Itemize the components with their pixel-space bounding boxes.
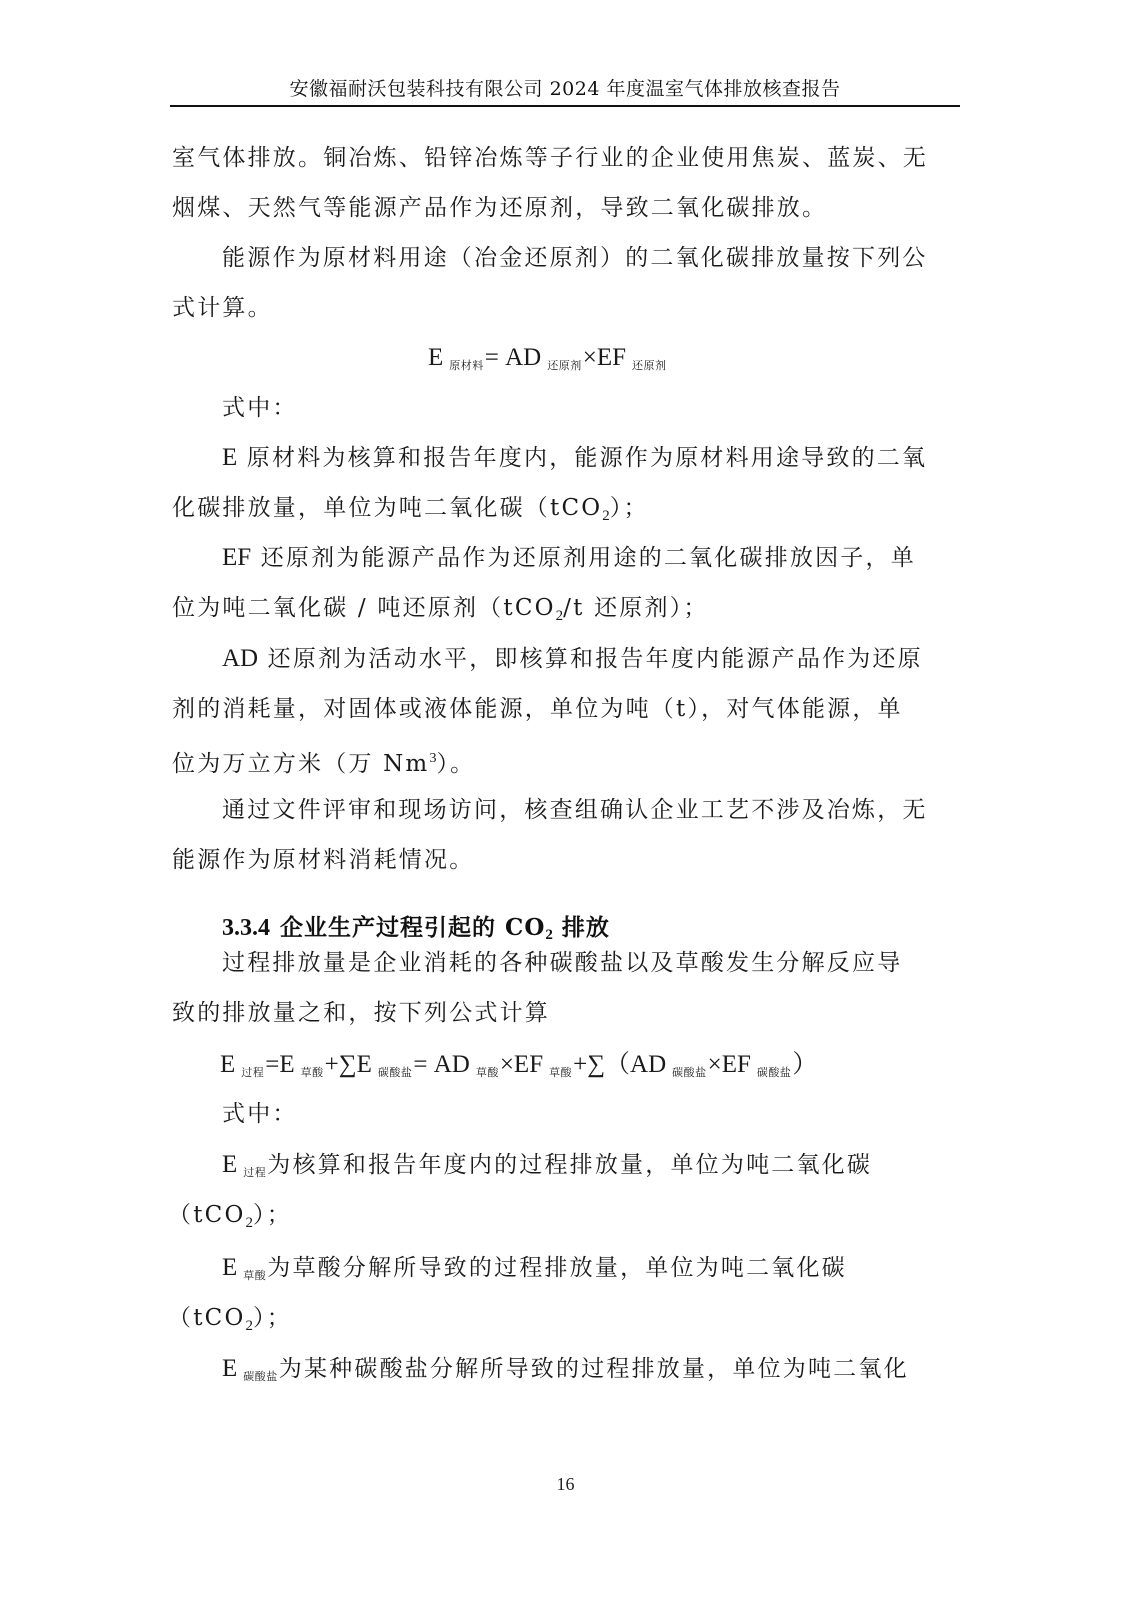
paragraph-line: 能源作为原材料消耗情况。 xyxy=(172,845,962,875)
paragraph-line: 能源作为原材料用途（冶金还原剂）的二氧化碳排放量按下列公 xyxy=(222,243,962,273)
formula-term: ×EF xyxy=(583,344,626,371)
paragraph-line: 致的排放量之和，按下列公式计算 xyxy=(172,998,962,1028)
paragraph-line: 通过文件评审和现场访问，核查组确认企业工艺不涉及冶炼，无 xyxy=(222,795,962,825)
definition-line: AD 还原剂为活动水平，即核算和报告年度内能源产品作为还原 xyxy=(222,644,962,674)
definition-line: E 原材料为核算和报告年度内，能源作为原材料用途导致的二氧 xyxy=(222,443,962,473)
formula-subscript: 原材料 xyxy=(449,359,484,372)
definition-line: EF 还原剂为能源产品作为还原剂用途的二氧化碳排放因子，单 xyxy=(222,543,962,573)
formula-raw-material: E原材料= AD还原剂×EF还原剂 xyxy=(428,343,668,381)
definition-line: 位为吨二氧化碳 / 吨还原剂（tCO2/t 还原剂）； xyxy=(172,593,962,631)
definition-line: E草酸为草酸分解所导致的过程排放量，单位为吨二氧化碳 xyxy=(222,1253,962,1291)
formula-term: E xyxy=(428,344,443,371)
formula-process-emissions: E过程=E草酸+∑E碳酸盐= AD草酸×EF草酸+∑（AD碳酸盐×EF碳酸盐） xyxy=(220,1050,817,1088)
definition-line: 化碳排放量，单位为吨二氧化碳（tCO2）； xyxy=(172,493,962,531)
formula-term: = AD xyxy=(485,344,541,371)
definition-line: 位为万立方米（万 Nm3）。 xyxy=(172,744,962,779)
header-rule xyxy=(170,105,960,107)
section-heading: 3.3.4企业生产过程引起的 CO2 排放 xyxy=(222,913,610,950)
definition-line: E过程为核算和报告年度内的过程排放量，单位为吨二氧化碳 xyxy=(222,1150,962,1188)
paragraph-line: 室气体排放。铜冶炼、铅锌冶炼等子行业的企业使用焦炭、蓝炭、无 xyxy=(172,143,962,173)
definition-line: 剂的消耗量，对固体或液体能源，单位为吨（t），对气体能源，单 xyxy=(172,694,962,724)
where-label: 式中： xyxy=(222,393,962,423)
definition-line: E碳酸盐为某种碳酸盐分解所导致的过程排放量，单位为吨二氧化 xyxy=(222,1354,962,1392)
where-label: 式中： xyxy=(222,1099,962,1129)
definition-line: （tCO2）； xyxy=(168,1200,958,1238)
formula-subscript: 还原剂 xyxy=(547,359,582,372)
page-header: 安徽福耐沃包装科技有限公司 2024 年度温室气体排放核查报告 xyxy=(170,74,960,101)
paragraph-line: 过程排放量是企业消耗的各种碳酸盐以及草酸发生分解反应导 xyxy=(222,948,962,978)
paragraph-line: 烟煤、天然气等能源产品作为还原剂，导致二氧化碳排放。 xyxy=(172,193,962,223)
definition-line: （tCO2）； xyxy=(168,1303,958,1341)
page-number: 16 xyxy=(0,1474,1131,1495)
paragraph-line: 式计算。 xyxy=(172,293,962,323)
section-number: 3.3.4 xyxy=(222,915,270,941)
formula-subscript: 还原剂 xyxy=(632,359,667,372)
